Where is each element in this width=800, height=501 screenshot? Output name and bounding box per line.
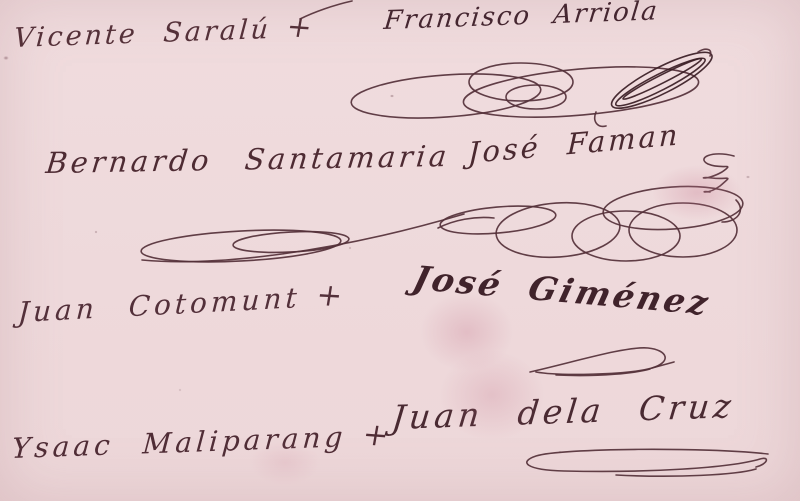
signature-bernardo-santamaria: Bernardo Santamaria <box>44 139 451 180</box>
rubric-flourish-santamaria <box>126 212 466 268</box>
signature-text: Vicente Saralú <box>13 14 272 54</box>
rubric-flourish-delacruz <box>516 446 772 480</box>
rubric-flourish-gimenez <box>526 340 678 380</box>
signature-juan-dela-cruz: Juan dela Cruz <box>390 386 737 437</box>
signature-vicente-saralu: Vicente Saralú + <box>13 9 316 55</box>
signature-text: Francisco Arriola <box>382 0 660 36</box>
signature-text: Ysaac Maliparang <box>11 420 348 465</box>
signature-juan-cotomunt: Juan Cotomunt + <box>17 277 347 330</box>
rubric-flourish-arriola <box>346 44 738 126</box>
signature-text: Juan Cotomunt <box>17 281 302 329</box>
signature-cross-mark: + <box>284 9 318 46</box>
signature-cross-mark: + <box>314 277 349 315</box>
signature-ysaac-maliparang: Ysaac Maliparang + <box>11 417 394 466</box>
signature-francisco-arriola: Francisco Arriola <box>382 0 660 36</box>
rubric-flourish-faman <box>436 176 748 268</box>
document-scan: Vicente Saralú + Francisco Arriola Berna… <box>0 0 800 501</box>
signature-text: Bernardo Santamaria <box>44 139 451 180</box>
signature-text: Juan dela Cruz <box>390 386 737 437</box>
